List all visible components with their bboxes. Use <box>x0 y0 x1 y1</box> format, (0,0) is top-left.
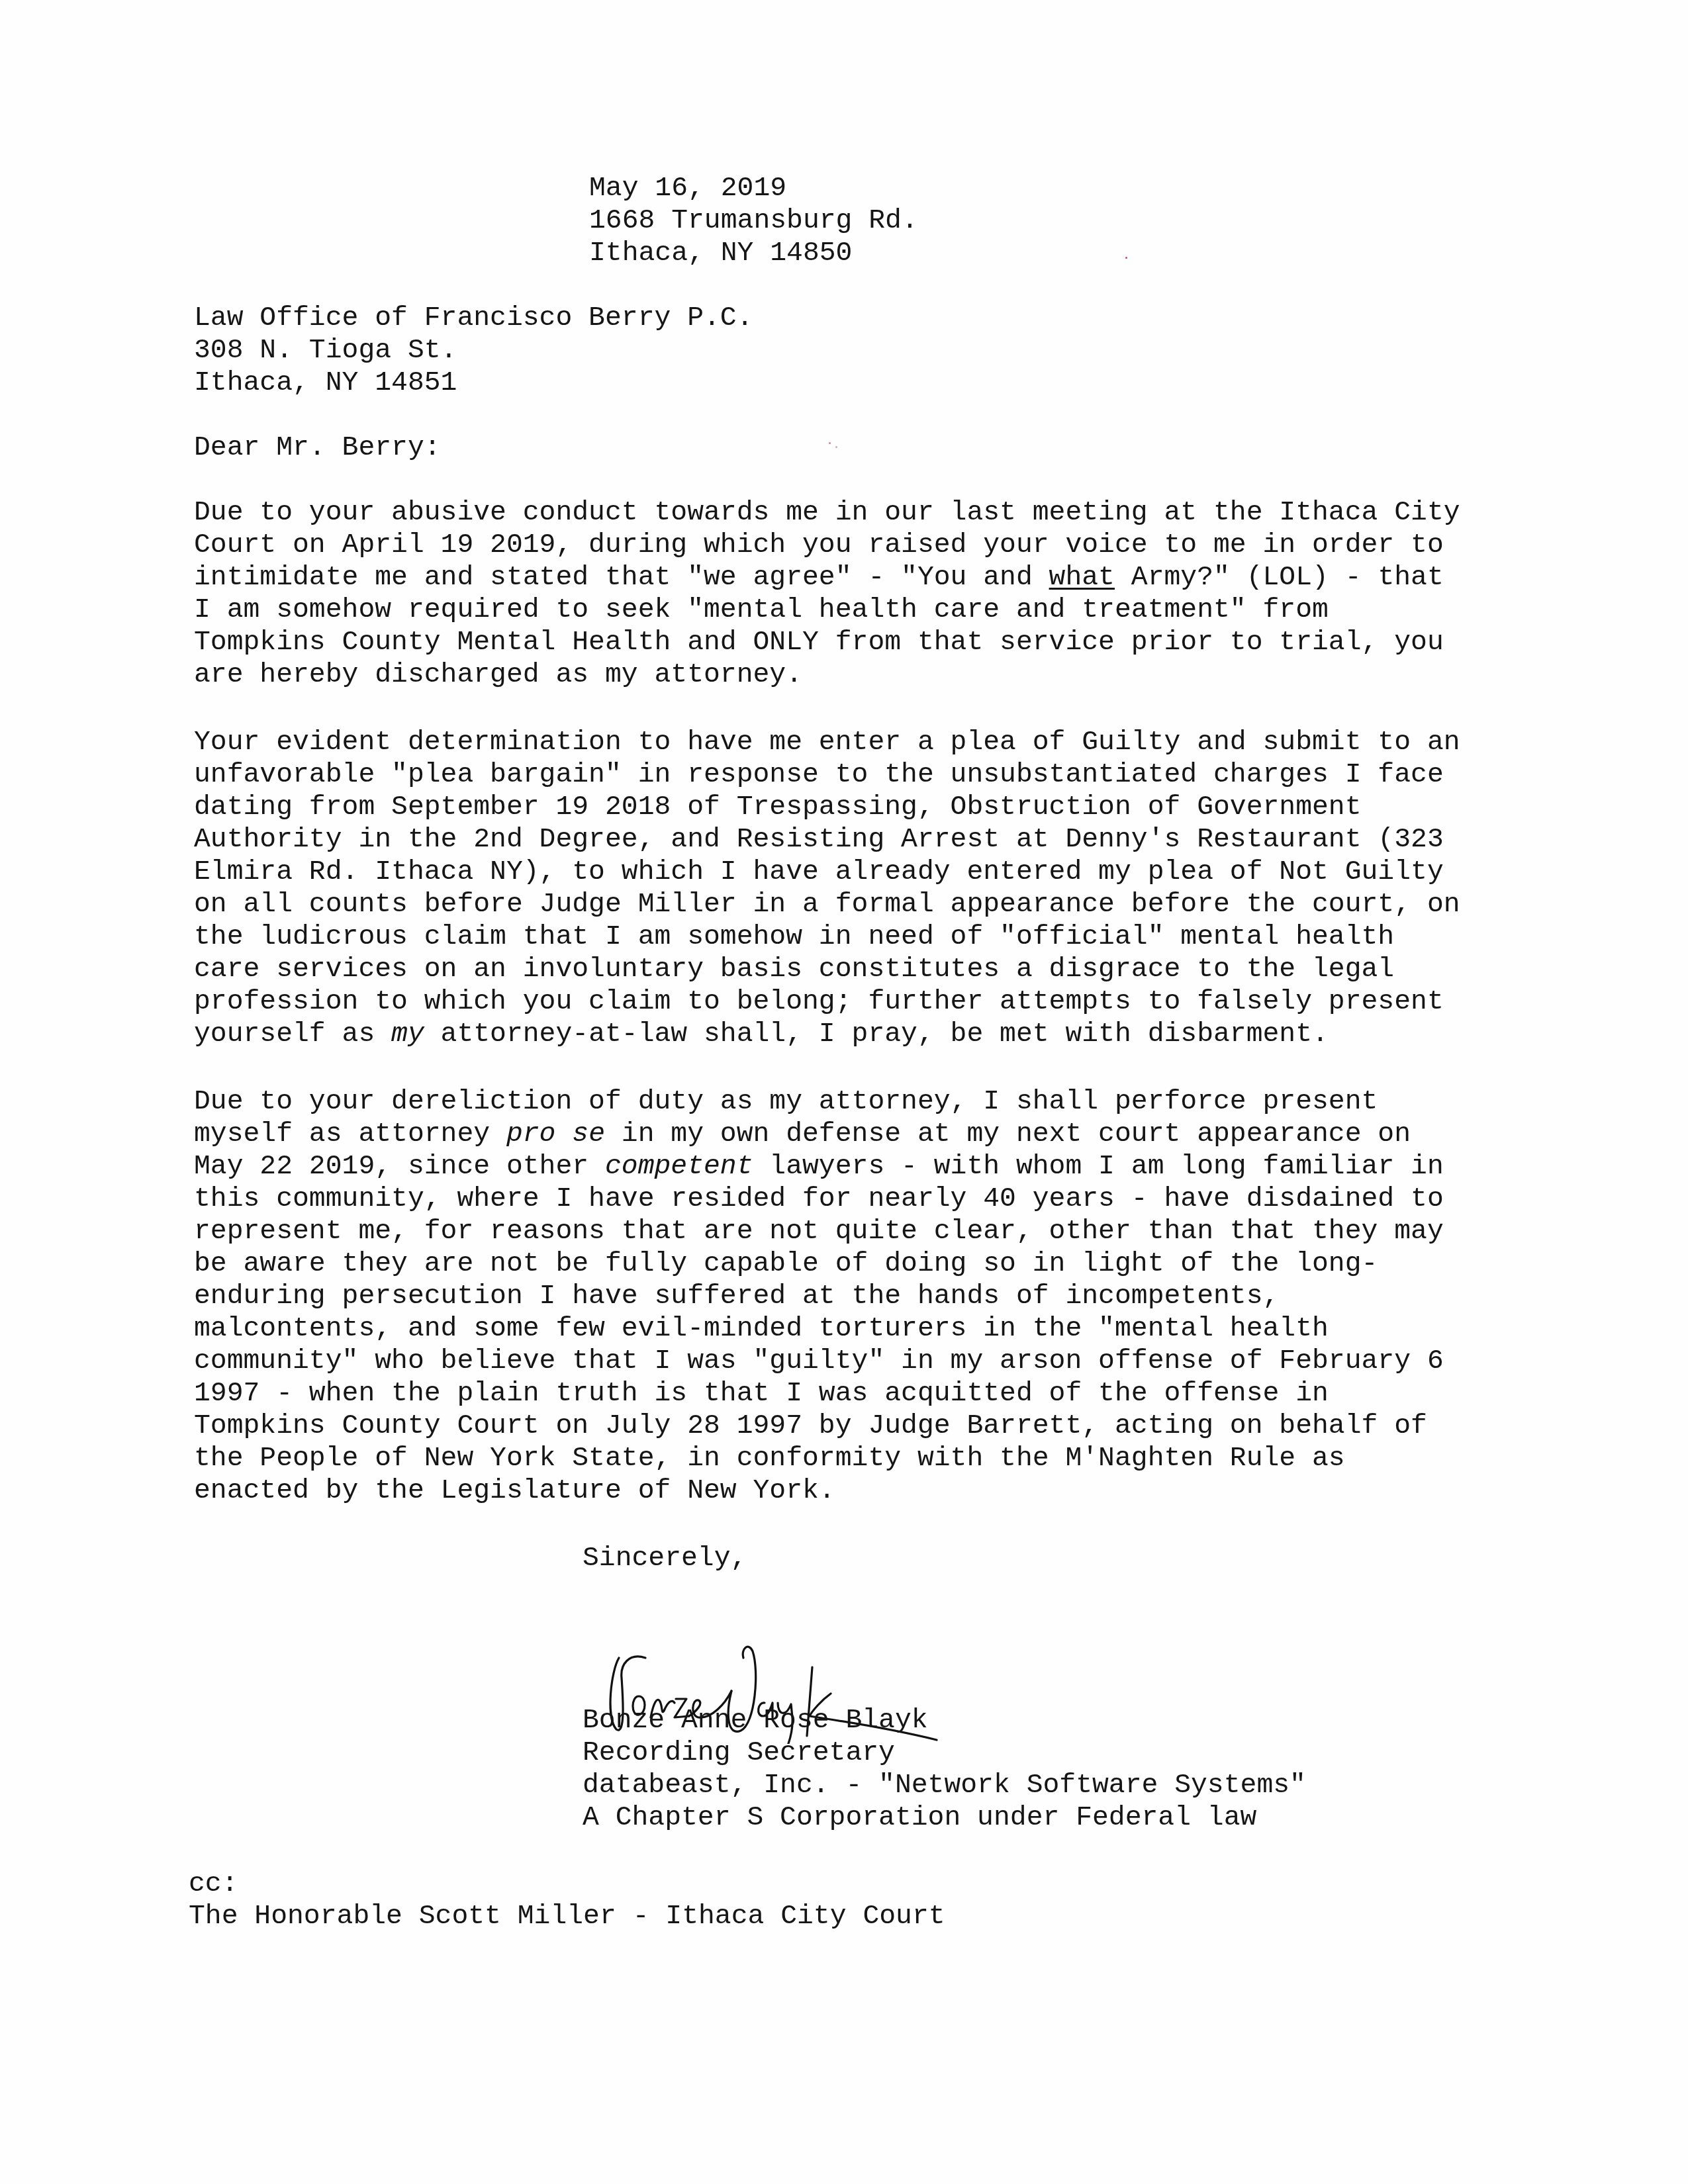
body-line: on all counts before Judge Miller in a f… <box>194 889 1460 921</box>
cc-recipient: The Honorable Scott Miller - Ithaca City… <box>189 1901 945 1933</box>
signer-title: Recording Secretary <box>583 1737 1306 1770</box>
scan-speck <box>835 446 837 448</box>
cc-label: cc: <box>189 1868 945 1901</box>
body-line: dating from September 19 2018 of Trespas… <box>194 792 1460 824</box>
valediction: Sincerely, <box>583 1543 747 1575</box>
sender-address-line2: Ithaca, NY 14850 <box>589 238 918 270</box>
sender-address-line1: 1668 Trumansburg Rd. <box>589 205 918 238</box>
paragraph-3: Due to your dereliction of duty as my at… <box>194 1086 1444 1508</box>
body-line: are hereby discharged as my attorney. <box>194 659 1460 692</box>
scan-speck <box>1125 257 1127 259</box>
recipient-name: Law Office of Francisco Berry P.C. <box>194 302 753 335</box>
body-line: represent me, for reasons that are not q… <box>194 1216 1444 1248</box>
body-line: be aware they are not be fully capable o… <box>194 1248 1444 1281</box>
salutation-block: Dear Mr. Berry: <box>194 432 441 465</box>
body-line: malcontents, and some few evil-minded to… <box>194 1313 1444 1345</box>
body-line: community" who believe that I was "guilt… <box>194 1345 1444 1378</box>
emphasis: my <box>391 1019 424 1050</box>
body-line: Tompkins County Mental Health and ONLY f… <box>194 627 1460 659</box>
signer-block: Bonze Anne Rose Blayk Recording Secretar… <box>583 1705 1306 1835</box>
body-line: Authority in the 2nd Degree, and Resisti… <box>194 824 1460 856</box>
body-line: Court on April 19 2019, during which you… <box>194 529 1460 562</box>
body-line: Due to your dereliction of duty as my at… <box>194 1086 1444 1118</box>
signer-name: Bonze Anne Rose Blayk <box>583 1705 1306 1737</box>
body-line: 1997 - when the plain truth is that I wa… <box>194 1378 1444 1410</box>
recipient-address-line1: 308 N. Tioga St. <box>194 335 753 367</box>
paragraph-1: Due to your abusive conduct towards me i… <box>194 497 1460 692</box>
recipient-address-line2: Ithaca, NY 14851 <box>194 367 753 400</box>
body-line: Your evident determination to have me en… <box>194 727 1460 759</box>
body-line: enacted by the Legislature of New York. <box>194 1475 1444 1508</box>
body-line: May 22 2019, since other competent lawye… <box>194 1151 1444 1183</box>
body-line: the ludicrous claim that I am somehow in… <box>194 921 1460 954</box>
underlined-word: what <box>1049 563 1115 593</box>
letter-page: May 16, 2019 1668 Trumansburg Rd. Ithaca… <box>0 0 1688 2184</box>
scan-speck <box>829 442 831 444</box>
body-line: Due to your abusive conduct towards me i… <box>194 497 1460 529</box>
sender-block: May 16, 2019 1668 Trumansburg Rd. Ithaca… <box>589 173 918 270</box>
body-line: the People of New York State, in conform… <box>194 1443 1444 1475</box>
recipient-block: Law Office of Francisco Berry P.C. 308 N… <box>194 302 753 400</box>
signer-company-note: A Chapter S Corporation under Federal la… <box>583 1802 1306 1835</box>
body-line: this community, where I have resided for… <box>194 1183 1444 1216</box>
body-line: unfavorable "plea bargain" in response t… <box>194 759 1460 792</box>
letter-date: May 16, 2019 <box>589 173 918 205</box>
body-line: Elmira Rd. Ithaca NY), to which I have a… <box>194 856 1460 889</box>
body-line: I am somehow required to seek "mental he… <box>194 594 1460 627</box>
signer-company: databeast, Inc. - "Network Software Syst… <box>583 1770 1306 1802</box>
body-line: intimidate me and stated that "we agree"… <box>194 562 1460 594</box>
paragraph-2: Your evident determination to have me en… <box>194 727 1460 1051</box>
body-line: yourself as my attorney-at-law shall, I … <box>194 1019 1460 1051</box>
body-line: care services on an involuntary basis co… <box>194 954 1460 986</box>
salutation: Dear Mr. Berry: <box>194 432 441 465</box>
cc-block: cc: The Honorable Scott Miller - Ithaca … <box>189 1868 945 1933</box>
emphasis: pro se <box>506 1119 605 1150</box>
body-line: enduring persecution I have suffered at … <box>194 1281 1444 1313</box>
emphasis: competent <box>605 1152 753 1182</box>
body-line: myself as attorney pro se in my own defe… <box>194 1118 1444 1151</box>
body-line: Tompkins County Court on July 28 1997 by… <box>194 1410 1444 1443</box>
body-line: profession to which you claim to belong;… <box>194 986 1460 1019</box>
closing-block: Sincerely, <box>583 1543 747 1575</box>
